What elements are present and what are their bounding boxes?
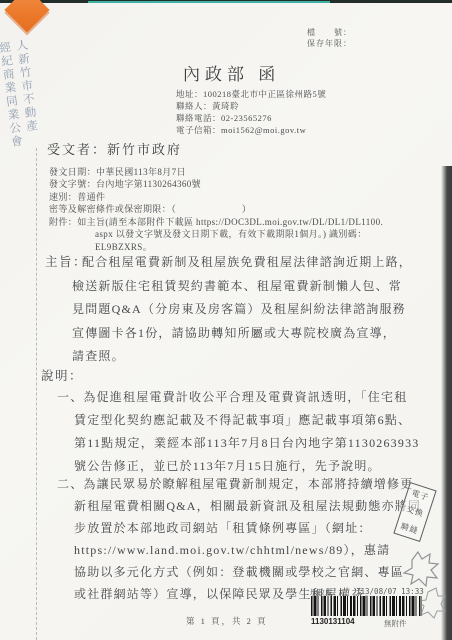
association-receive-stamp: 人新竹市不動產 經紀商業同業公會 (0, 38, 45, 179)
exchange-seal-row: 交換 (405, 505, 425, 519)
registry-datetime-stamp: 113/08/07 13:33 (356, 587, 424, 596)
orange-corner-tab (4, 0, 49, 33)
file-number-label: 檔 號： (307, 27, 352, 38)
sender-address: 地址：100218臺北市中正區徐州路5號 (176, 88, 326, 100)
subject-line: 檢送新版住宅租賃契約書範本、租屋電費新制懶人包、常 (72, 277, 402, 294)
attachment-line-2: aspx 以發文字號及發文日期下載，有效下載期限1個月。) 識別碼： (95, 227, 367, 240)
retention-label: 保存年限： (307, 38, 352, 49)
attachment-line-3: EL9BZXRS。 (95, 240, 152, 253)
exchange-seal-row: 電子 (410, 488, 430, 502)
subject-line: 請查照。 (72, 347, 125, 364)
subject-line: 見問題Q&A（分房東及房客篇）及租屋糾紛法律諮詢服務 (72, 300, 406, 317)
attachment-note: 無附件 (384, 618, 407, 629)
sender-email: 電子信箱：moi1562@moi.gov.tw (176, 124, 306, 136)
description-item-2-line: 二、為讓民眾易於瞭解租屋電費新制規定，本部將持續增修更 (57, 475, 413, 492)
description-item-1-line: 一、為促進租屋電費計收公平合理及電費資訊透明，「住宅租 (57, 388, 407, 405)
sender-phone: 聯絡電話：02-23565276 (176, 112, 272, 124)
description-item-2-line: https://www.land.moi.gov.tw/chhtml/news/… (74, 541, 390, 558)
doc-number-line: 發文字號：台內地字第1130264360號 (49, 177, 201, 190)
page-indicator: 第 1 頁，共 2 頁 (186, 615, 268, 627)
subject-line: 配合租屋電費新制及租屋族免費租屋法律諮詢近期上路， (82, 253, 412, 270)
description-label: 說明： (41, 366, 83, 384)
description-item-1-line: 號公告修正，並已於113年7月15日施行，先予說明。 (74, 457, 381, 474)
document-title: 內政部 函 (183, 60, 280, 85)
sender-contact: 聯絡人：黃琦聆 (176, 100, 239, 112)
description-item-1-line: 賃定型化契約應記載及不得記載事項」應記載事項第6點、 (74, 411, 411, 428)
subject-label: 主旨： (45, 252, 87, 270)
recipient-line: 受文者：新竹市政府 (47, 139, 182, 158)
barcode (311, 596, 422, 616)
security-line: 密等及解密條件或保密期限：（ ） (49, 202, 251, 215)
description-item-2-line: 步放置於本部地政司網站「租賃條例專區」（網址： (74, 519, 372, 536)
scan-teal-line (88, 1, 330, 3)
scanned-official-letter: 人新竹市不動產 經紀商業同業公會 檔 號： 保存年限： 內政部 函 地址：100… (0, 0, 452, 640)
description-item-2-line: 協助以多元化方式（例如：登載機關或學校之官網、專區 (74, 563, 404, 580)
barcode-number: 1130131104 (311, 617, 355, 626)
exchange-seal-row: 騎縫 (400, 521, 420, 535)
description-item-2-line: 新租屋電費相關Q&A，相關最新資訊及租屋法規動態亦將同 (74, 497, 421, 514)
description-item-1-line: 第11點規定，業經本部113年7月8日台內地字第1130263933 (74, 434, 419, 451)
binding-line (36, 148, 37, 640)
subject-line: 宣傳圖卡各1份，請協助轉知所屬或大專院校廣為宣導， (72, 324, 396, 341)
